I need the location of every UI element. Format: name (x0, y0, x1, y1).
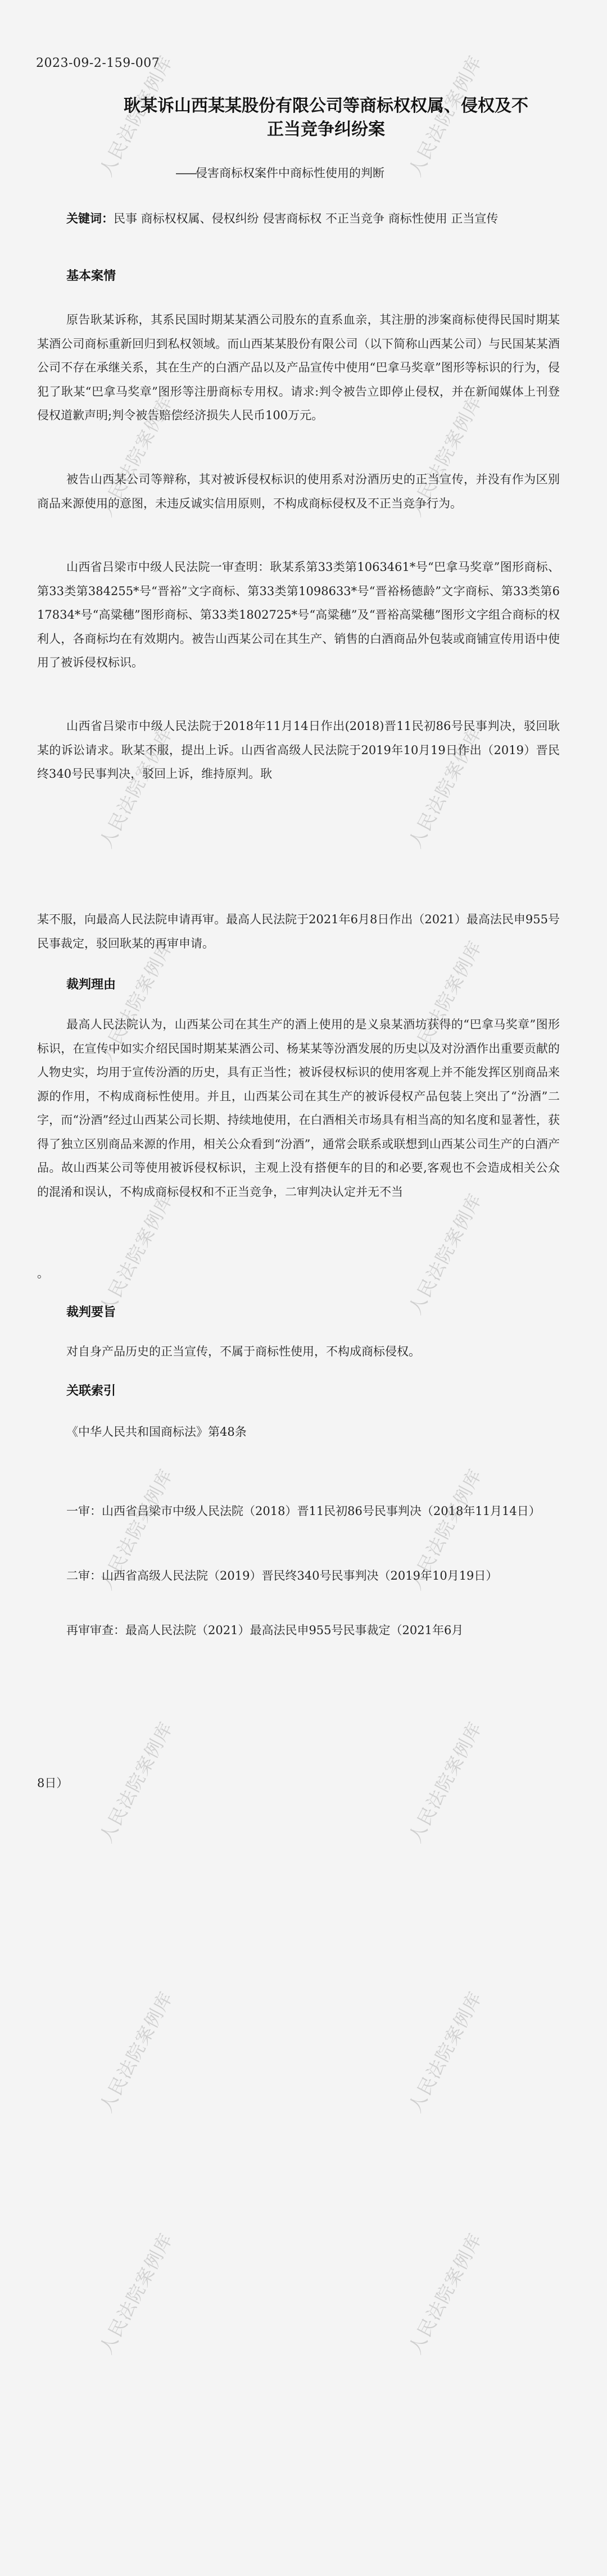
watermark: 人民法院案例库 (401, 1188, 487, 1318)
paragraph: 。 (37, 1262, 560, 1286)
title-line-2: 正当竞争纠纷案 (79, 118, 573, 142)
related-second-instance: 二审：山西省高级人民法院（2019）晋民终340号民事判决（2019年10月19… (37, 1564, 560, 1588)
paragraph: 最高人民法院认为，山西某公司在其生产的酒上使用的是义泉某酒坊获得的“巴拿马奖章”… (37, 1013, 560, 1204)
keywords: 关键词：民事 商标权权属、侵权纠纷 侵害商标权 不正当竞争 商标性使用 正当宣传 (37, 207, 560, 231)
section-heading-gist: 裁判要旨 (66, 1303, 116, 1320)
document-number: 2023-09-2-159-007 (36, 56, 160, 70)
related-retrial-review-cont: 8日） (37, 1771, 560, 1795)
watermark: 人民法院案例库 (401, 2228, 487, 2358)
keywords-value: 民事 商标权权属、侵权纠纷 侵害商标权 不正当竞争 商标性使用 正当宣传 (114, 212, 498, 225)
watermark: 人民法院案例库 (92, 1188, 178, 1318)
section-heading-basic-facts: 基本案情 (66, 266, 116, 284)
related-law: 《中华人民共和国商标法》第48条 (37, 1420, 560, 1444)
title-line-1: 耿某诉山西某某股份有限公司等商标权权属、侵权及不 (79, 94, 573, 118)
subtitle-text: 侵害商标权案件中商标性使用的判断 (196, 166, 384, 180)
section-heading-reasoning: 裁判理由 (66, 975, 116, 992)
watermark: 人民法院案例库 (401, 1986, 487, 2116)
section-heading-related: 关联索引 (66, 1381, 116, 1399)
gist-text: 对自身产品历史的正当宣传，不属于商标性使用，不构成商标侵权。 (37, 1340, 560, 1364)
watermark: 人民法院案例库 (92, 2228, 178, 2358)
paragraph: 山西省吕梁市中级人民法院一审查明：耿某系第33类第1063461*号“巴拿马奖章… (37, 555, 560, 675)
paragraph: 被告山西某公司等辩称，其对被诉侵权标识的使用系对汾酒历史的正当宣传，并没有作为区… (37, 468, 560, 515)
keywords-label: 关键词： (66, 212, 114, 225)
paragraph: 原告耿某诉称，其系民国时期某某酒公司股东的直系血亲，其注册的涉案商标使得民国时期… (37, 308, 560, 428)
document-title: 耿某诉山西某某股份有限公司等商标权权属、侵权及不 正当竞争纠纷案 (79, 94, 573, 142)
document-subtitle: ——侵害商标权案件中商标性使用的判断 (175, 164, 384, 181)
paragraph: 某不服，向最高人民法院申请再审。最高人民法院于2021年6月8日作出（2021）… (37, 908, 560, 955)
watermark: 人民法院案例库 (92, 1986, 178, 2116)
paragraph: 山西省吕梁市中级人民法院于2018年11月14日作出(2018)晋11民初86号… (37, 714, 560, 786)
subtitle-dash: —— (175, 166, 196, 180)
related-retrial-review: 再审审查：最高人民法院（2021）最高法民申955号民事裁定（2021年6月 (37, 1618, 560, 1643)
related-first-instance: 一审：山西省吕梁市中级人民法院（2018）晋11民初86号民事判决（2018年1… (37, 1499, 560, 1523)
